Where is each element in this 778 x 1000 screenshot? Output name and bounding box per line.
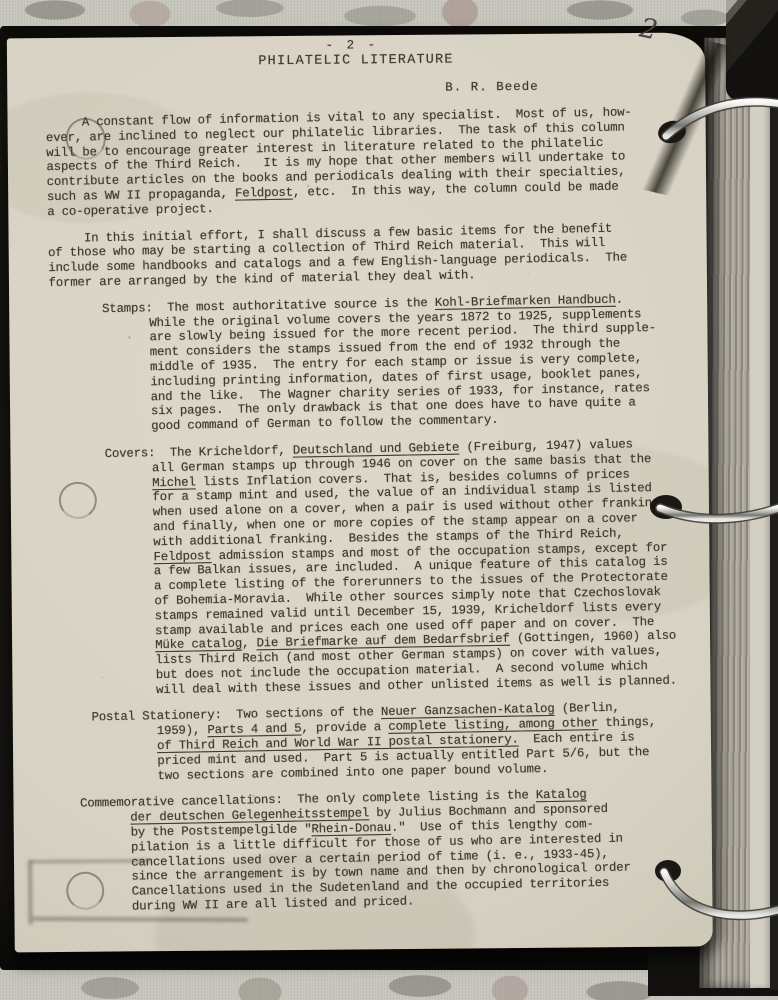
paragraph: Covers: The Kricheldorf, Deutschland und… xyxy=(52,436,707,699)
typed-page-number: - 2 - xyxy=(262,38,442,54)
underlined-text: Parts 4 and 5 xyxy=(207,722,301,738)
photo-scene: - 2 - PHILATELIC LITERATURE B. R. Beede … xyxy=(0,0,778,1000)
underlined-text: Rhein-Donau xyxy=(311,821,391,836)
document-body: A constant flow of information is vital … xyxy=(45,104,710,916)
binder-right-edge xyxy=(770,28,778,990)
underlined-text: Müke catalog xyxy=(155,637,242,653)
underlined-text: Feldpost xyxy=(235,186,293,201)
document-page: - 2 - PHILATELIC LITERATURE B. R. Beede … xyxy=(7,32,713,952)
paragraph: Stamps: The most authoritative source is… xyxy=(49,291,701,436)
paragraph: Postal Stationery: Two sections of the N… xyxy=(56,700,707,786)
binder-corner-protector xyxy=(726,0,778,100)
right-page-stack xyxy=(750,44,772,988)
paragraph: A constant flow of information is vital … xyxy=(45,104,697,219)
page-title: PHILATELIC LITERATURE xyxy=(7,50,705,71)
underlined-text: Katalog xyxy=(536,788,587,803)
paragraph: Commemorative cancellations: The only co… xyxy=(58,786,710,916)
paragraph: In this initial effort, I shall discuss … xyxy=(48,220,699,291)
underlined-text: Feldpost xyxy=(153,549,211,564)
byline: B. R. Beede xyxy=(445,80,539,95)
ink-smudge xyxy=(28,860,33,924)
underlined-text: Michel xyxy=(152,475,196,490)
ink-smudge xyxy=(33,917,248,922)
